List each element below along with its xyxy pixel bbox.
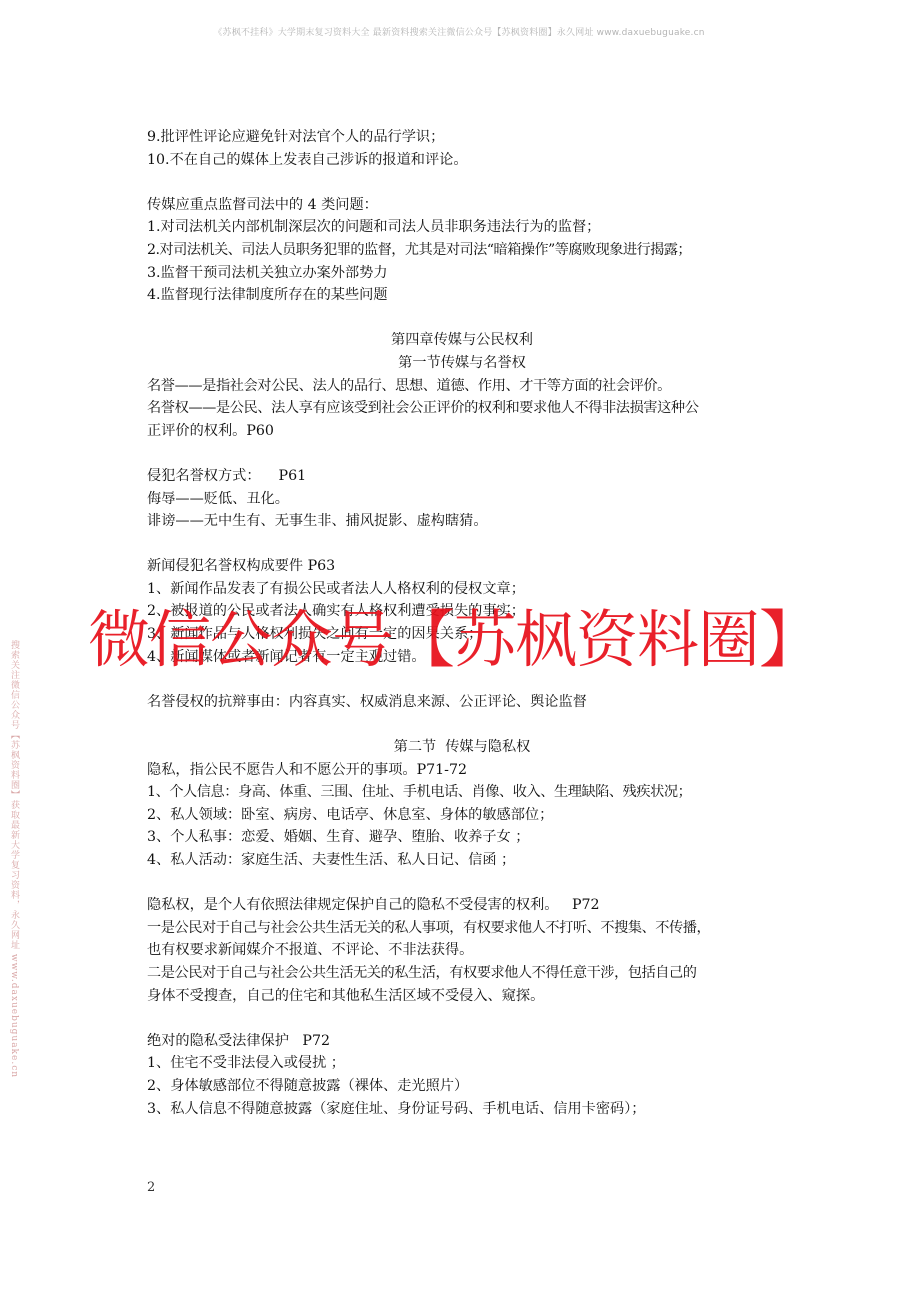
list-item: 1、个人信息：身高、体重、三围、住址、手机电话、肖像、收入、生理缺陷、残疾状况； xyxy=(147,781,777,804)
header-watermark: 《苏枫不挂科》大学期末复习资料大全 最新资料搜索关注微信公众号【苏枫资料圈】永久… xyxy=(0,25,918,38)
list-item: 3、私人信息不得随意披露（家庭住址、身份证号码、手机电话、信用卡密码）； xyxy=(147,1098,777,1121)
chapter-title: 第四章传媒与公民权利 xyxy=(147,329,777,352)
section-intro: 传媒应重点监督司法中的 4 类问题： xyxy=(147,194,777,217)
definition-line: 正评价的权利。P60 xyxy=(147,420,777,443)
list-item: 2.对司法机关、司法人员职务犯罪的监督，尤其是对司法“暗箱操作”等腐败现象进行揭… xyxy=(147,239,777,262)
text-line: 侮辱——贬低、丑化。 xyxy=(147,488,777,511)
section-intro: 侵犯名誉权方式： P61 xyxy=(147,465,777,488)
side-watermark: 搜索关注微信公众号【苏枫资料圈】获取最新大学复习资料，永久网址 www.daxu… xyxy=(7,640,21,1078)
text-line: 名誉侵权的抗辩事由：内容真实、权威消息来源、公正评论、舆论监督 xyxy=(147,691,777,714)
text-line: 10.不在自己的媒体上发表自己涉诉的报道和评论。 xyxy=(147,149,777,172)
section-intro: 绝对的隐私受法律保护 P72 xyxy=(147,1030,777,1053)
list-item: 1、新闻作品发表了有损公民或者法人人格权利的侵权文章； xyxy=(147,578,777,601)
page-number: 2 xyxy=(147,1180,155,1195)
list-item: 2、私人领域：卧室、病房、电话亭、休息室、身体的敏感部位； xyxy=(147,804,777,827)
text-line: 9.批评性评论应避免针对法官个人的品行学识； xyxy=(147,126,777,149)
text-line: 诽谤——无中生有、无事生非、捕风捉影、虚构瞎猜。 xyxy=(147,510,777,533)
blank-line xyxy=(147,307,777,330)
text-line: 身体不受搜查，自己的住宅和其他私生活区域不受侵入、窥探。 xyxy=(147,985,777,1008)
blank-line xyxy=(147,1007,777,1030)
definition-line: 隐私，指公民不愿告人和不愿公开的事项。P71-72 xyxy=(147,759,777,782)
section-intro: 新闻侵犯名誉权构成要件 P63 xyxy=(147,555,777,578)
section-title: 第一节传媒与名誉权 xyxy=(147,352,777,375)
list-item: 4、私人活动：家庭生活、夫妻性生活、私人日记、信函 ； xyxy=(147,849,777,872)
blank-line xyxy=(147,171,777,194)
blank-line xyxy=(147,442,777,465)
text-line: 二是公民对于自己与社会公共生活无关的私生活，有权要求他人不得任意干涉，包括自己的 xyxy=(147,962,777,985)
list-item: 2、身体敏感部位不得随意披露（裸体、走光照片） xyxy=(147,1075,777,1098)
definition-line: 名誉权——是公民、法人享有应该受到社会公正评价的权利和要求他人不得非法损害这种公 xyxy=(147,397,777,420)
blank-line xyxy=(147,713,777,736)
text-line: 一是公民对于自己与社会公共生活无关的私人事项，有权要求他人不打听、不搜集、不传播… xyxy=(147,917,777,940)
definition-line: 名誉——是指社会对公民、法人的品行、思想、道德、作用、才干等方面的社会评价。 xyxy=(147,375,777,398)
blank-line xyxy=(147,533,777,556)
list-item: 3、个人私事：恋爱、婚姻、生育、避孕、堕胎、收养子女 ； xyxy=(147,826,777,849)
text-line: 也有权要求新闻媒介不报道、不评论、不非法获得。 xyxy=(147,939,777,962)
list-item: 1、住宅不受非法侵入或侵扰 ； xyxy=(147,1052,777,1075)
blank-line xyxy=(147,872,777,895)
section-title: 第二节 传媒与隐私权 xyxy=(147,736,777,759)
overlay-watermark: 微信公众号【苏枫资料圈】 xyxy=(88,604,848,676)
list-item: 4.监督现行法律制度所存在的某些问题 xyxy=(147,284,777,307)
definition-line: 隐私权，是个人有依照法律规定保护自己的隐私不受侵害的权利。 P72 xyxy=(147,894,777,917)
list-item: 1.对司法机关内部机制深层次的问题和司法人员非职务违法行为的监督； xyxy=(147,216,777,239)
list-item: 3.监督干预司法机关独立办案外部势力 xyxy=(147,262,777,285)
